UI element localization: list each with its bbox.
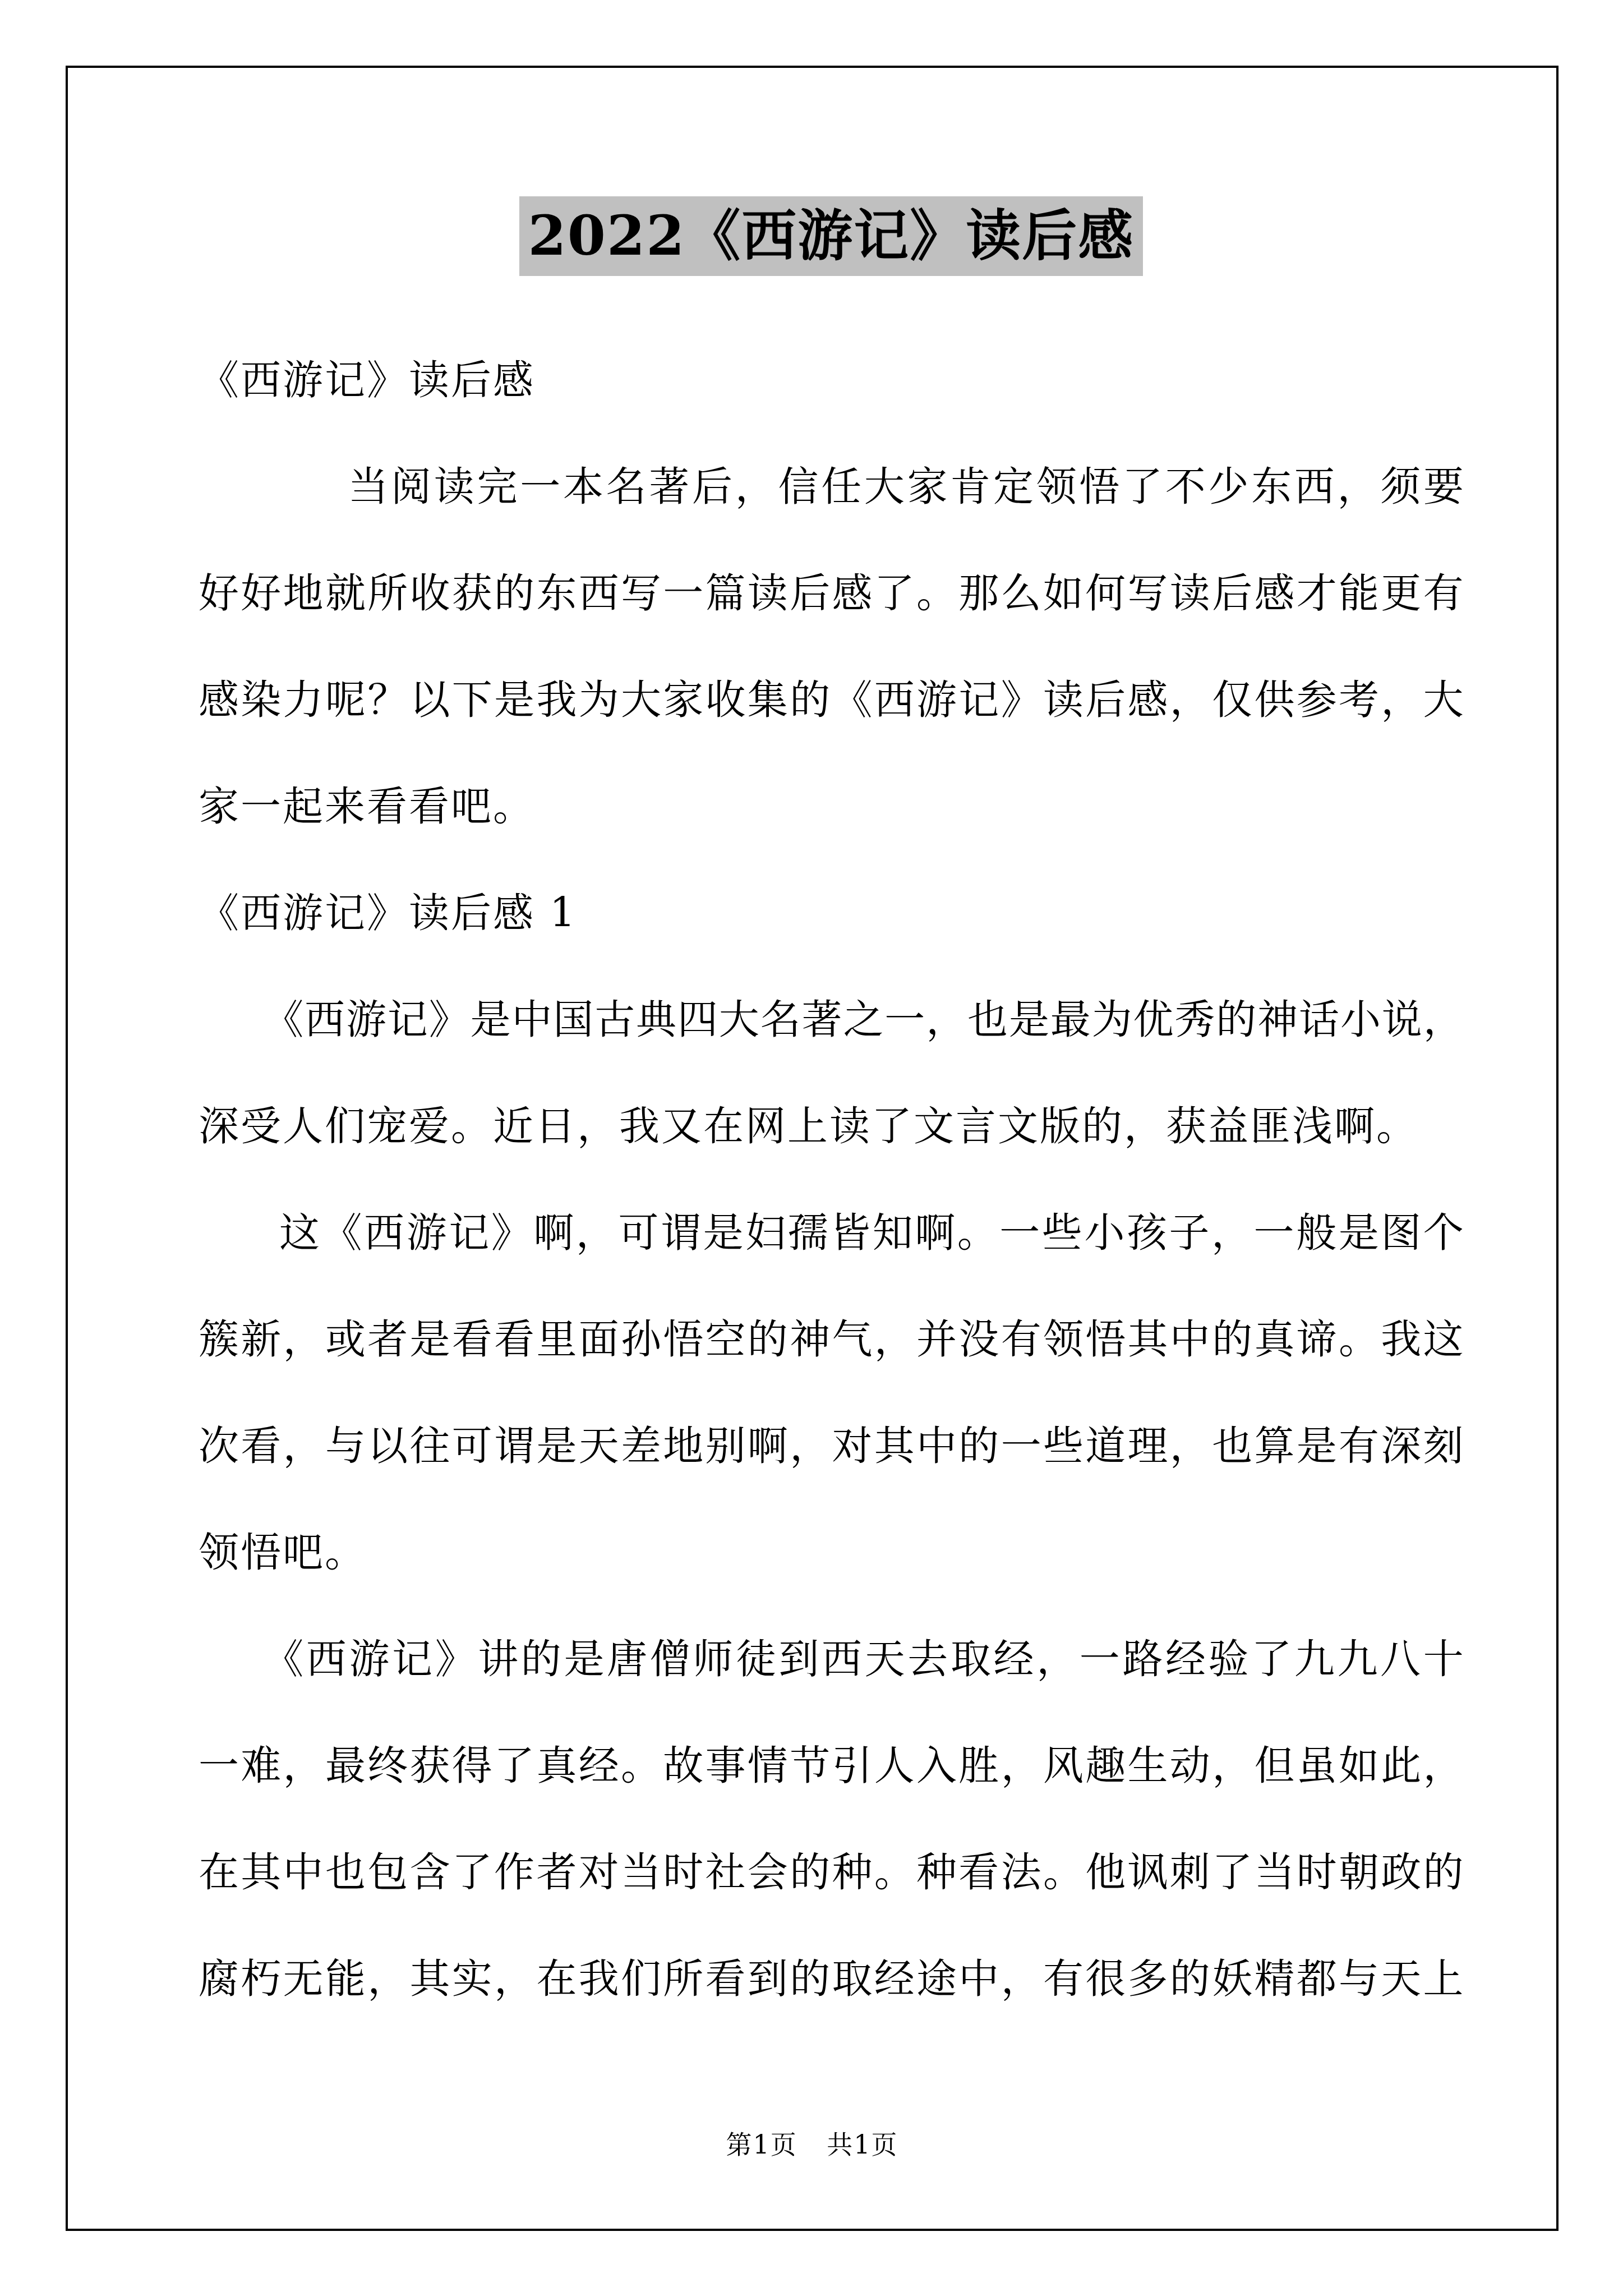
page-border-frame: 2022《西游记》读后感 《西游记》读后感当阅读完一本名著后，信任大家肯定领悟了… [66,66,1559,2231]
footer-page-indicator: 第1页 [726,2129,797,2160]
body-line: 当阅读完一本名著后，信任大家肯定领悟了不少东西，须要 [199,433,1464,540]
body-line: 好好地就所收获的东西写一篇读后感了。那么如何写读后感才能更有 [199,540,1464,646]
footer-total-pages: 共1页 [827,2129,898,2160]
body-line: 感染力呢？以下是我为大家收集的《西游记》读后感，仅供参考，大 [199,646,1464,753]
body-line: 这《西游记》啊，可谓是妇孺皆知啊。一些小孩子，一般是图个 [199,1179,1464,1286]
body-line: 《西游记》讲的是唐僧师徒到西天去取经，一路经验了九九八十 [199,1605,1464,1712]
document-page: 2022《西游记》读后感 《西游记》读后感当阅读完一本名著后，信任大家肯定领悟了… [0,0,1623,2296]
page-content: 2022《西游记》读后感 《西游记》读后感当阅读完一本名著后，信任大家肯定领悟了… [68,196,1556,2032]
page-footer: 第1页 共1页 [68,2128,1556,2161]
body-line: 《西游记》读后感 1 [199,859,1464,966]
body-line: 《西游记》是中国古典四大名著之一，也是最为优秀的神话小说， [199,966,1464,1073]
document-body: 《西游记》读后感当阅读完一本名著后，信任大家肯定领悟了不少东西，须要好好地就所收… [199,326,1464,2032]
page-title: 2022《西游记》读后感 [199,196,1464,276]
body-line: 次看，与以往可谓是天差地别啊，对其中的一些道理，也算是有深刻 [199,1392,1464,1499]
body-line: 《西游记》读后感 [199,326,1464,433]
body-line: 领悟吧。 [199,1499,1464,1605]
page-title-highlight: 2022《西游记》读后感 [519,196,1144,276]
body-line: 深受人们宠爱。近日，我又在网上读了文言文版的，获益匪浅啊。 [199,1073,1464,1179]
body-line: 腐朽无能，其实，在我们所看到的取经途中，有很多的妖精都与天上 [199,1925,1464,2032]
body-line: 家一起来看看吧。 [199,753,1464,859]
body-line: 一难，最终获得了真经。故事情节引人入胜，风趣生动，但虽如此， [199,1712,1464,1819]
body-line: 在其中也包含了作者对当时社会的种。种看法。他讽刺了当时朝政的 [199,1819,1464,1925]
body-line: 簇新，或者是看看里面孙悟空的神气，并没有领悟其中的真谛。我这 [199,1286,1464,1392]
